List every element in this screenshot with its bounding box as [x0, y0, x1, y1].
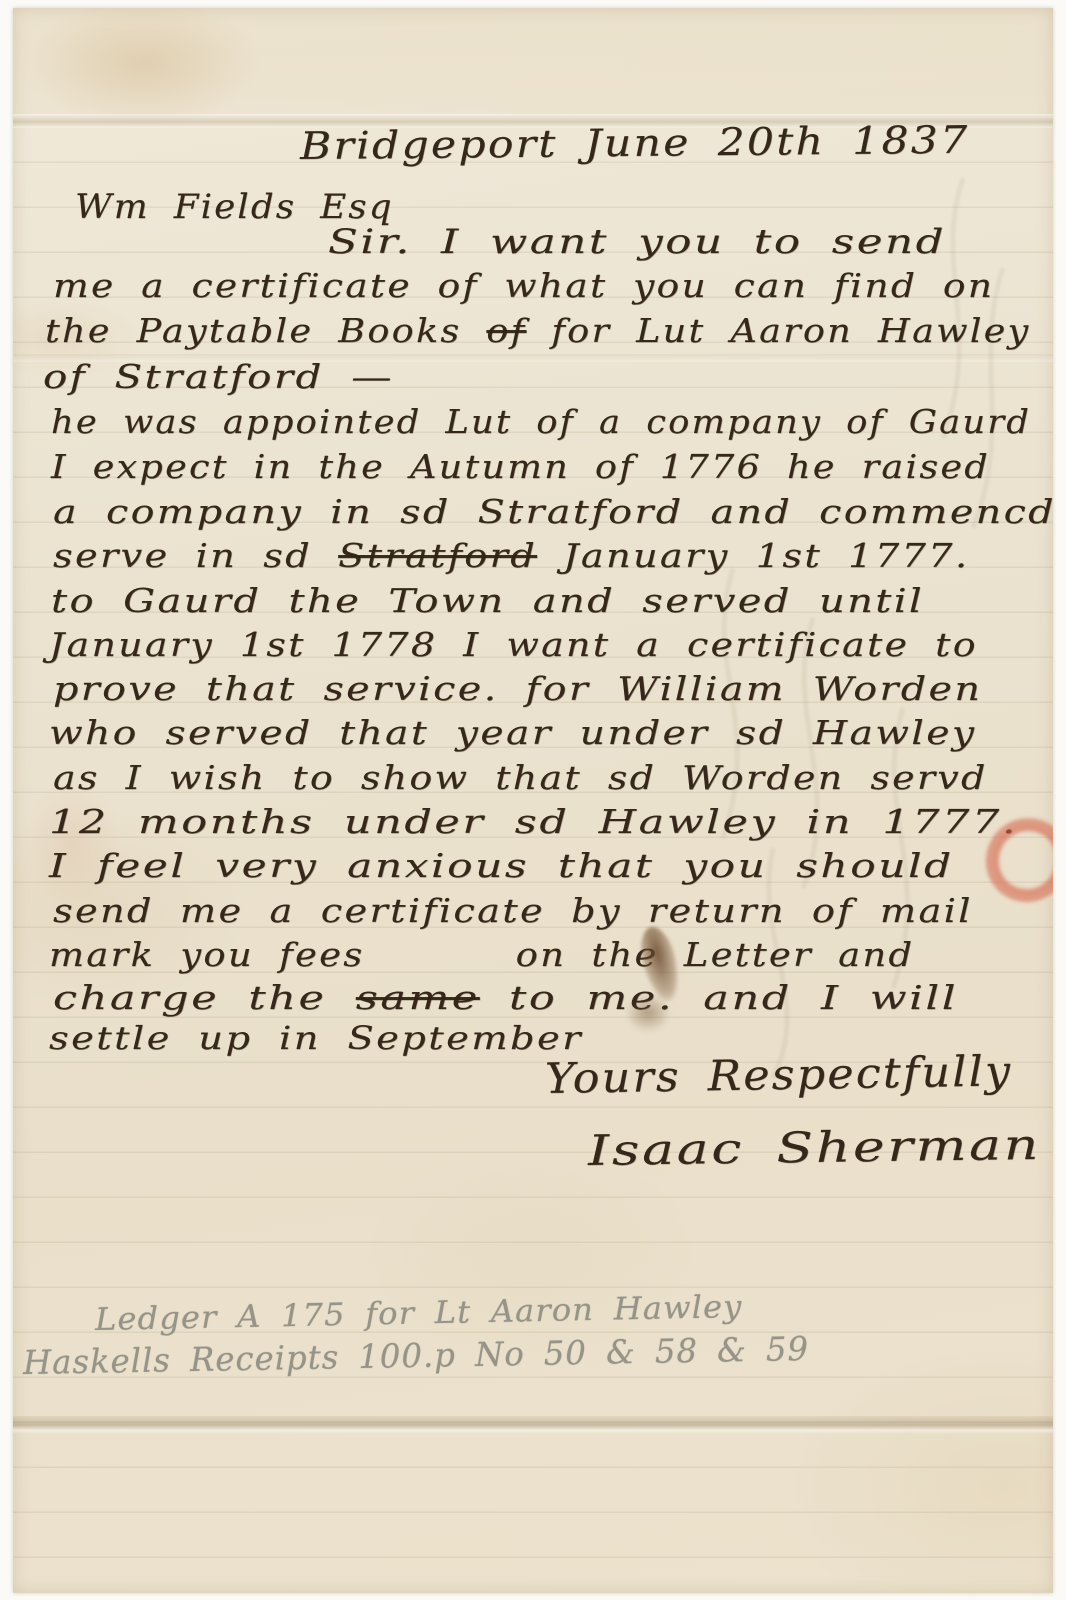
letter-addressee: Wm Fields Esq	[75, 189, 394, 226]
letter-paper-sheet: Bridgeport June 20th 1837 Wm Fields Esq …	[13, 8, 1053, 1593]
struck-word: same	[356, 978, 480, 1017]
letter-line: Sir. I want you to send	[328, 224, 946, 261]
fold-crease-bottom	[13, 1416, 1053, 1434]
ink-smudge	[625, 993, 671, 1033]
letter-line: I expect in the Autumn of 1776 he raised	[51, 449, 990, 485]
letter-line: he was appointed Lut of a company of Gau…	[51, 404, 1031, 440]
letter-scan: Bridgeport June 20th 1837 Wm Fields Esq …	[0, 0, 1066, 1600]
letter-line: settle up in September	[49, 1021, 583, 1056]
letter-line: January 1st 1778 I want a certificate to	[49, 627, 978, 663]
letter-line: as I wish to show that sd Worden servd	[53, 760, 988, 796]
letter-line: of Stratford —	[43, 359, 394, 395]
struck-word: of	[486, 311, 526, 350]
letter-closing: Yours Respectfully	[545, 1048, 1013, 1102]
letter-line: I feel very anxious that you should	[49, 848, 954, 884]
letter-line: the Paytable Books of for Lut Aaron Hawl…	[45, 313, 1030, 349]
letter-line: prove that service. for William Worden	[53, 671, 982, 707]
letter-line: send me a certificate by return of mail	[53, 893, 973, 929]
letter-line: serve in sd Stratford January 1st 1777.	[53, 538, 969, 574]
letter-line: 12 months under sd Hawley in 1777.	[49, 804, 1018, 840]
letter-line: a company in sd Stratford and commencd	[53, 494, 1053, 530]
letter-line: me a certificate of what you can find on	[53, 268, 994, 304]
letter-line: to Gaurd the Town and served until	[51, 583, 924, 619]
struck-word: Stratford	[338, 536, 537, 575]
letter-signature: Isaac Sherman	[587, 1122, 1041, 1174]
letter-line: who served that year under sd Hawley	[49, 715, 976, 751]
letter-dateline: Bridgeport June 20th 1837	[300, 120, 970, 168]
letter-line: charge the same to me. and I will	[53, 980, 958, 1016]
letter-line: mark you fees on the Letter and	[49, 937, 914, 973]
